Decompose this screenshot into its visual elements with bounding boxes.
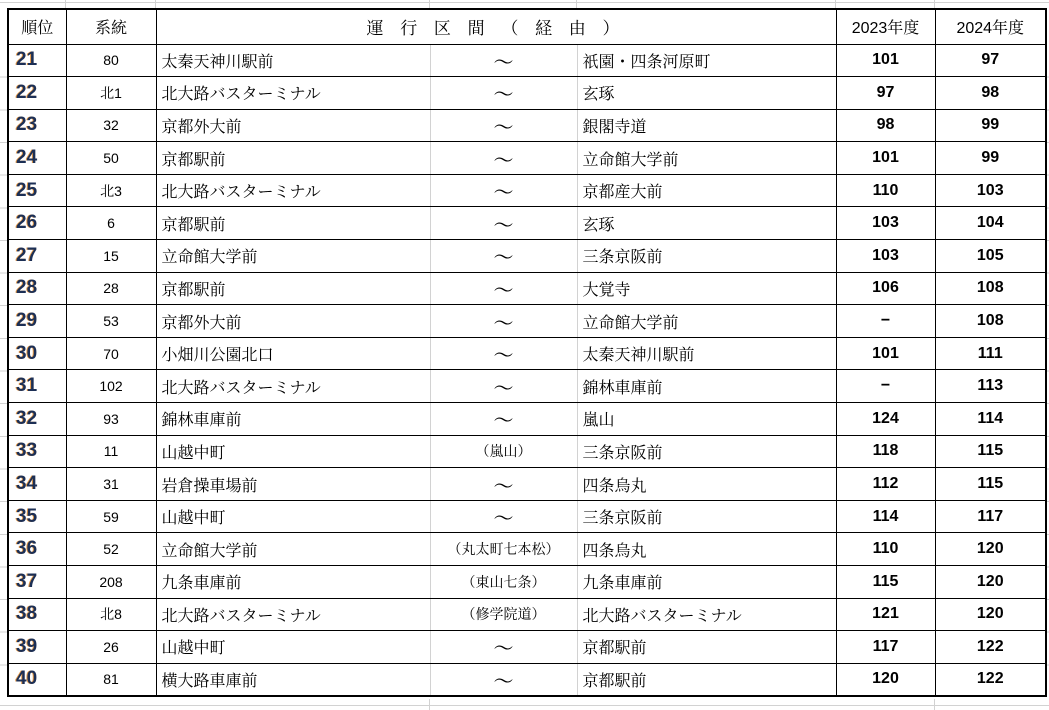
route-number-cell: 11 bbox=[66, 435, 156, 468]
sheet-gridline-stub bbox=[65, 0, 66, 8]
origin-stop-cell: 立命館大学前 bbox=[156, 533, 430, 566]
via-cell: ～ bbox=[430, 337, 577, 370]
header-rank: 順位 bbox=[8, 9, 66, 44]
fy2023-value-cell: 110 bbox=[836, 174, 935, 207]
rank-cell: 40 bbox=[8, 663, 66, 696]
fy2023-value-cell: 101 bbox=[836, 142, 935, 175]
rank-cell: 25 bbox=[8, 174, 66, 207]
fy2023-value-cell: 120 bbox=[836, 663, 935, 696]
origin-stop-cell: 山越中町 bbox=[156, 435, 430, 468]
origin-stop-cell: 京都駅前 bbox=[156, 207, 430, 240]
header-fy2023: 2023年度 bbox=[836, 9, 935, 44]
via-cell: ～ bbox=[430, 468, 577, 501]
header-row: 順位 系統 運 行 区 間 （ 経 由 ） 2023年度 2024年度 bbox=[8, 9, 1046, 44]
route-number-cell: 208 bbox=[66, 566, 156, 599]
table-row: 32 93 錦林車庫前 ～ 嵐山 124 114 bbox=[8, 403, 1046, 436]
route-number-cell: 6 bbox=[66, 207, 156, 240]
header-route: 系統 bbox=[66, 9, 156, 44]
origin-stop-cell: 京都駅前 bbox=[156, 142, 430, 175]
rank-cell: 32 bbox=[8, 403, 66, 436]
fy2023-value-cell: 115 bbox=[836, 566, 935, 599]
destination-stop-cell: 三条京阪前 bbox=[577, 500, 836, 533]
via-cell: （東山七条） bbox=[430, 566, 577, 599]
fy2024-value-cell: 113 bbox=[935, 370, 1046, 403]
sheet-gridline-stub bbox=[934, 699, 935, 710]
sheet-gridline-bottom bbox=[0, 705, 1049, 706]
table-row: 36 52 立命館大学前 （丸太町七本松） 四条烏丸 110 120 bbox=[8, 533, 1046, 566]
destination-stop-cell: 三条京阪前 bbox=[577, 435, 836, 468]
fy2023-value-cell: 114 bbox=[836, 500, 935, 533]
rank-cell: 23 bbox=[8, 109, 66, 142]
sheet-gridline-stub bbox=[155, 0, 156, 8]
origin-stop-cell: 北大路バスターミナル bbox=[156, 77, 430, 110]
destination-stop-cell: 四条烏丸 bbox=[577, 533, 836, 566]
destination-stop-cell: 京都産大前 bbox=[577, 174, 836, 207]
fy2024-value-cell: 104 bbox=[935, 207, 1046, 240]
origin-stop-cell: 北大路バスターミナル bbox=[156, 598, 430, 631]
header-fy2024: 2024年度 bbox=[935, 9, 1046, 44]
via-cell: （嵐山） bbox=[430, 435, 577, 468]
destination-stop-cell: 嵐山 bbox=[577, 403, 836, 436]
via-cell: ～ bbox=[430, 240, 577, 273]
route-number-cell: 北3 bbox=[66, 174, 156, 207]
fy2023-value-cell: − bbox=[836, 305, 935, 338]
table-row: 28 28 京都駅前 ～ 大覚寺 106 108 bbox=[8, 272, 1046, 305]
sheet-gridline-stub bbox=[835, 0, 836, 8]
origin-stop-cell: 京都外大前 bbox=[156, 305, 430, 338]
origin-stop-cell: 立命館大学前 bbox=[156, 240, 430, 273]
destination-stop-cell: 北大路バスターミナル bbox=[577, 598, 836, 631]
rank-cell: 31 bbox=[8, 370, 66, 403]
route-number-cell: 北1 bbox=[66, 77, 156, 110]
rank-cell: 27 bbox=[8, 240, 66, 273]
route-number-cell: 102 bbox=[66, 370, 156, 403]
rank-cell: 24 bbox=[8, 142, 66, 175]
rank-cell: 22 bbox=[8, 77, 66, 110]
header-section: 運 行 区 間 （ 経 由 ） bbox=[156, 9, 836, 44]
origin-stop-cell: 九条車庫前 bbox=[156, 566, 430, 599]
origin-stop-cell: 小畑川公園北口 bbox=[156, 337, 430, 370]
rank-cell: 29 bbox=[8, 305, 66, 338]
fy2023-value-cell: 98 bbox=[836, 109, 935, 142]
sheet-gridline-top bbox=[0, 2, 1049, 3]
rank-cell: 30 bbox=[8, 337, 66, 370]
fy2024-value-cell: 120 bbox=[935, 533, 1046, 566]
origin-stop-cell: 山越中町 bbox=[156, 500, 430, 533]
fy2023-value-cell: 103 bbox=[836, 240, 935, 273]
destination-stop-cell: 京都駅前 bbox=[577, 663, 836, 696]
destination-stop-cell: 銀閣寺道 bbox=[577, 109, 836, 142]
fy2024-value-cell: 99 bbox=[935, 142, 1046, 175]
via-cell: ～ bbox=[430, 305, 577, 338]
fy2024-value-cell: 111 bbox=[935, 337, 1046, 370]
fy2023-value-cell: 97 bbox=[836, 77, 935, 110]
route-number-cell: 81 bbox=[66, 663, 156, 696]
table-row: 24 50 京都駅前 ～ 立命館大学前 101 99 bbox=[8, 142, 1046, 175]
destination-stop-cell: 玄琢 bbox=[577, 77, 836, 110]
sheet-gridline-stub bbox=[934, 0, 935, 8]
route-number-cell: 93 bbox=[66, 403, 156, 436]
via-cell: ～ bbox=[430, 109, 577, 142]
via-cell: ～ bbox=[430, 500, 577, 533]
sheet-gridline-stub bbox=[576, 0, 577, 8]
origin-stop-cell: 錦林車庫前 bbox=[156, 403, 430, 436]
fy2023-value-cell: − bbox=[836, 370, 935, 403]
via-cell: ～ bbox=[430, 207, 577, 240]
origin-stop-cell: 山越中町 bbox=[156, 631, 430, 664]
table-row: 25 北3 北大路バスターミナル ～ 京都産大前 110 103 bbox=[8, 174, 1046, 207]
via-cell: （丸太町七本松） bbox=[430, 533, 577, 566]
table-row: 37 208 九条車庫前 （東山七条） 九条車庫前 115 120 bbox=[8, 566, 1046, 599]
fy2023-value-cell: 112 bbox=[836, 468, 935, 501]
route-number-cell: 28 bbox=[66, 272, 156, 305]
destination-stop-cell: 太秦天神川駅前 bbox=[577, 337, 836, 370]
fy2023-value-cell: 101 bbox=[836, 337, 935, 370]
fy2023-value-cell: 110 bbox=[836, 533, 935, 566]
via-cell: ～ bbox=[430, 631, 577, 664]
fy2024-value-cell: 122 bbox=[935, 631, 1046, 664]
origin-stop-cell: 北大路バスターミナル bbox=[156, 174, 430, 207]
via-cell: ～ bbox=[430, 77, 577, 110]
destination-stop-cell: 大覚寺 bbox=[577, 272, 836, 305]
table-row: 27 15 立命館大学前 ～ 三条京阪前 103 105 bbox=[8, 240, 1046, 273]
table-row: 29 53 京都外大前 ～ 立命館大学前 − 108 bbox=[8, 305, 1046, 338]
fy2023-value-cell: 118 bbox=[836, 435, 935, 468]
table-body: 21 80 太秦天神川駅前 ～ 祇園・四条河原町 101 97 22 北1 北大… bbox=[8, 44, 1046, 696]
table-row: 40 81 横大路車庫前 ～ 京都駅前 120 122 bbox=[8, 663, 1046, 696]
fy2024-value-cell: 120 bbox=[935, 566, 1046, 599]
rank-cell: 38 bbox=[8, 598, 66, 631]
table-row: 21 80 太秦天神川駅前 ～ 祇園・四条河原町 101 97 bbox=[8, 44, 1046, 77]
origin-stop-cell: 岩倉操車場前 bbox=[156, 468, 430, 501]
table-row: 33 11 山越中町 （嵐山） 三条京阪前 118 115 bbox=[8, 435, 1046, 468]
fy2024-value-cell: 122 bbox=[935, 663, 1046, 696]
route-number-cell: 北8 bbox=[66, 598, 156, 631]
fy2024-value-cell: 108 bbox=[935, 305, 1046, 338]
origin-stop-cell: 京都外大前 bbox=[156, 109, 430, 142]
fy2024-value-cell: 115 bbox=[935, 435, 1046, 468]
via-cell: ～ bbox=[430, 44, 577, 77]
fy2024-value-cell: 114 bbox=[935, 403, 1046, 436]
fy2024-value-cell: 98 bbox=[935, 77, 1046, 110]
destination-stop-cell: 四条烏丸 bbox=[577, 468, 836, 501]
table-row: 30 70 小畑川公園北口 ～ 太秦天神川駅前 101 111 bbox=[8, 337, 1046, 370]
table-row: 31 102 北大路バスターミナル ～ 錦林車庫前 − 113 bbox=[8, 370, 1046, 403]
destination-stop-cell: 玄琢 bbox=[577, 207, 836, 240]
via-cell: ～ bbox=[430, 370, 577, 403]
fy2023-value-cell: 101 bbox=[836, 44, 935, 77]
table-row: 38 北8 北大路バスターミナル （修学院道） 北大路バスターミナル 121 1… bbox=[8, 598, 1046, 631]
route-number-cell: 52 bbox=[66, 533, 156, 566]
fy2024-value-cell: 108 bbox=[935, 272, 1046, 305]
destination-stop-cell: 三条京阪前 bbox=[577, 240, 836, 273]
table-row: 34 31 岩倉操車場前 ～ 四条烏丸 112 115 bbox=[8, 468, 1046, 501]
destination-stop-cell: 九条車庫前 bbox=[577, 566, 836, 599]
table-row: 23 32 京都外大前 ～ 銀閣寺道 98 99 bbox=[8, 109, 1046, 142]
destination-stop-cell: 京都駅前 bbox=[577, 631, 836, 664]
bus-route-ranking-table: 順位 系統 運 行 区 間 （ 経 由 ） 2023年度 2024年度 21 8… bbox=[7, 8, 1047, 697]
fy2023-value-cell: 121 bbox=[836, 598, 935, 631]
via-cell: ～ bbox=[430, 142, 577, 175]
destination-stop-cell: 祇園・四条河原町 bbox=[577, 44, 836, 77]
route-number-cell: 80 bbox=[66, 44, 156, 77]
table-row: 35 59 山越中町 ～ 三条京阪前 114 117 bbox=[8, 500, 1046, 533]
fy2024-value-cell: 105 bbox=[935, 240, 1046, 273]
rank-cell: 36 bbox=[8, 533, 66, 566]
route-number-cell: 59 bbox=[66, 500, 156, 533]
destination-stop-cell: 錦林車庫前 bbox=[577, 370, 836, 403]
table-row: 26 6 京都駅前 ～ 玄琢 103 104 bbox=[8, 207, 1046, 240]
rank-cell: 21 bbox=[8, 44, 66, 77]
fy2023-value-cell: 124 bbox=[836, 403, 935, 436]
rank-cell: 28 bbox=[8, 272, 66, 305]
origin-stop-cell: 太秦天神川駅前 bbox=[156, 44, 430, 77]
via-cell: ～ bbox=[430, 272, 577, 305]
route-number-cell: 26 bbox=[66, 631, 156, 664]
fy2023-value-cell: 117 bbox=[836, 631, 935, 664]
fy2024-value-cell: 103 bbox=[935, 174, 1046, 207]
origin-stop-cell: 横大路車庫前 bbox=[156, 663, 430, 696]
route-number-cell: 50 bbox=[66, 142, 156, 175]
fy2024-value-cell: 120 bbox=[935, 598, 1046, 631]
via-cell: ～ bbox=[430, 663, 577, 696]
route-number-cell: 15 bbox=[66, 240, 156, 273]
sheet-gridline-stub bbox=[429, 699, 430, 710]
destination-stop-cell: 立命館大学前 bbox=[577, 305, 836, 338]
rank-cell: 34 bbox=[8, 468, 66, 501]
via-cell: ～ bbox=[430, 403, 577, 436]
fy2024-value-cell: 99 bbox=[935, 109, 1046, 142]
route-number-cell: 31 bbox=[66, 468, 156, 501]
fy2024-value-cell: 97 bbox=[935, 44, 1046, 77]
rank-cell: 35 bbox=[8, 500, 66, 533]
destination-stop-cell: 立命館大学前 bbox=[577, 142, 836, 175]
rank-cell: 26 bbox=[8, 207, 66, 240]
fy2023-value-cell: 103 bbox=[836, 207, 935, 240]
rank-cell: 37 bbox=[8, 566, 66, 599]
fy2023-value-cell: 106 bbox=[836, 272, 935, 305]
fy2024-value-cell: 117 bbox=[935, 500, 1046, 533]
fy2024-value-cell: 115 bbox=[935, 468, 1046, 501]
rank-cell: 33 bbox=[8, 435, 66, 468]
via-cell: ～ bbox=[430, 174, 577, 207]
origin-stop-cell: 北大路バスターミナル bbox=[156, 370, 430, 403]
route-number-cell: 70 bbox=[66, 337, 156, 370]
rank-cell: 39 bbox=[8, 631, 66, 664]
sheet-gridline-stubs-left bbox=[0, 45, 7, 697]
table-row: 22 北1 北大路バスターミナル ～ 玄琢 97 98 bbox=[8, 77, 1046, 110]
sheet-gridline-stub bbox=[429, 0, 430, 8]
route-number-cell: 32 bbox=[66, 109, 156, 142]
table-row: 39 26 山越中町 ～ 京都駅前 117 122 bbox=[8, 631, 1046, 664]
route-number-cell: 53 bbox=[66, 305, 156, 338]
origin-stop-cell: 京都駅前 bbox=[156, 272, 430, 305]
via-cell: （修学院道） bbox=[430, 598, 577, 631]
